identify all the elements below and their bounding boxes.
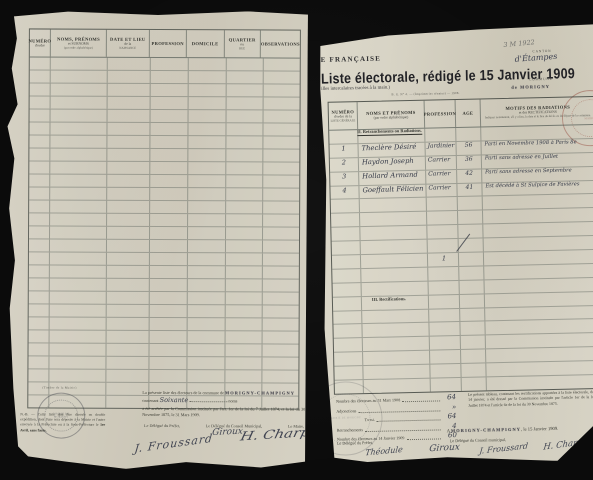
table-cell bbox=[107, 266, 150, 278]
table-row bbox=[29, 135, 299, 149]
table-cell bbox=[150, 214, 188, 226]
dotted-leader bbox=[189, 398, 227, 403]
table-cell bbox=[226, 227, 263, 239]
table-cell bbox=[49, 357, 106, 369]
table-cell bbox=[263, 305, 299, 317]
cell-profession bbox=[430, 364, 461, 378]
cell-nom bbox=[363, 365, 430, 379]
table-cell bbox=[263, 292, 299, 304]
table-cell bbox=[30, 70, 51, 82]
table-cell bbox=[50, 175, 107, 187]
cell-age bbox=[460, 280, 485, 293]
cell-profession: Carrier bbox=[426, 170, 457, 184]
cell-age bbox=[459, 266, 484, 279]
table-cell bbox=[226, 240, 263, 252]
cell-age: 41 bbox=[457, 183, 482, 196]
table-cell bbox=[188, 136, 226, 148]
cell-nom bbox=[360, 226, 427, 240]
cell-numero bbox=[332, 269, 361, 283]
cell-numero bbox=[331, 213, 360, 227]
table-cell bbox=[263, 149, 299, 161]
table-cell bbox=[263, 266, 299, 278]
table-row bbox=[29, 291, 299, 305]
table-row bbox=[30, 109, 300, 123]
table-cell bbox=[29, 174, 50, 186]
table-cell bbox=[226, 175, 263, 187]
table-row bbox=[30, 57, 300, 71]
cell-profession bbox=[429, 281, 460, 295]
cell-profession bbox=[430, 350, 461, 364]
column-label: DOMICILE bbox=[192, 41, 219, 46]
cell-age: 36 bbox=[457, 155, 482, 168]
table-cell bbox=[29, 317, 50, 329]
cell-motif bbox=[484, 264, 593, 279]
table-cell bbox=[150, 331, 188, 343]
cell-motif: Parti sans adresse en Septembre bbox=[482, 167, 593, 182]
column-label: OBSERVATIONS bbox=[261, 41, 300, 46]
profession-handwritten: Jardinier bbox=[425, 142, 455, 150]
canton-value-handwritten: d'Étampes bbox=[514, 52, 557, 64]
register-table-body bbox=[28, 57, 300, 408]
table-cell bbox=[226, 305, 263, 317]
table-cell bbox=[30, 57, 51, 69]
nom-handwritten: Haydon Joseph bbox=[359, 156, 425, 166]
column-header: PROFESSION bbox=[149, 30, 187, 57]
signature-delegue-conseil: Giroux bbox=[212, 427, 244, 439]
table-cell bbox=[29, 291, 50, 303]
table-cell bbox=[188, 175, 226, 187]
cell-profession: Jardinier bbox=[425, 142, 456, 156]
table-cell bbox=[50, 292, 107, 304]
cell-age bbox=[462, 377, 487, 390]
table-cell bbox=[50, 123, 107, 135]
table-cell bbox=[262, 370, 298, 382]
table-cell bbox=[262, 344, 298, 356]
table-cell bbox=[226, 253, 263, 265]
table-cell bbox=[50, 162, 107, 174]
table-cell bbox=[188, 188, 226, 200]
table-cell bbox=[263, 318, 299, 330]
scanned-archive-background: NUMÉROd'ordreNOMS, PRÉNOMSet SURNOMS(par… bbox=[0, 0, 593, 480]
table-row bbox=[30, 96, 300, 110]
table-cell bbox=[189, 58, 227, 70]
table-cell bbox=[29, 330, 50, 342]
cell-age bbox=[458, 197, 483, 210]
table-cell bbox=[263, 201, 299, 213]
table-cell bbox=[226, 331, 263, 343]
cell-motif: Parti en Novembre 1908 à Paris 8e bbox=[481, 139, 593, 154]
archival-pencil-note: 3 M 1922 bbox=[503, 38, 535, 49]
table-cell bbox=[226, 214, 263, 226]
table-row bbox=[29, 239, 299, 253]
table-cell bbox=[29, 200, 50, 212]
table-cell bbox=[225, 344, 262, 356]
cell-age bbox=[461, 350, 486, 363]
table-cell bbox=[264, 110, 300, 122]
table-cell bbox=[107, 162, 150, 174]
cell-motif: Parti sans adresse en Juillet bbox=[482, 153, 593, 168]
table-cell bbox=[50, 253, 107, 265]
table-cell bbox=[263, 279, 299, 291]
table-cell bbox=[226, 318, 263, 330]
table-cell bbox=[28, 356, 49, 368]
table-cell bbox=[29, 304, 50, 316]
table-cell bbox=[107, 175, 150, 187]
table-cell bbox=[107, 292, 150, 304]
column-sublabel-2: Indiquer notamment, s'il y a lieu, la da… bbox=[485, 113, 591, 119]
cert-noms: noms bbox=[228, 399, 237, 404]
register-table-header: NUMÉROd'ordreNOMS, PRÉNOMSet SURNOMS(par… bbox=[30, 29, 300, 58]
cell-profession bbox=[431, 378, 462, 392]
column-sublabel-2: NAISSANCE bbox=[119, 46, 136, 50]
table-cell bbox=[107, 331, 150, 343]
table-cell bbox=[29, 135, 50, 147]
left-register-page: NUMÉROd'ordreNOMS, PRÉNOMSet SURNOMS(par… bbox=[6, 8, 310, 472]
profession-handwritten: Carrier bbox=[426, 156, 456, 164]
table-cell bbox=[51, 84, 108, 96]
table-cell bbox=[263, 240, 299, 252]
republique-francaise-fragment: E FRANÇAISE bbox=[321, 55, 382, 64]
table-cell bbox=[50, 305, 107, 317]
nb-note-text: N.-B. — Cette liste doit être dressée en… bbox=[20, 412, 105, 427]
cell-nom: III. Rectifications. bbox=[362, 295, 429, 309]
numero-handwritten: 2 bbox=[330, 158, 358, 167]
table-cell bbox=[29, 213, 50, 225]
nom-handwritten: Hollard Armand bbox=[359, 170, 425, 180]
table-cell bbox=[29, 278, 50, 290]
table-cell bbox=[107, 318, 150, 330]
table-cell bbox=[108, 84, 151, 96]
table-cell bbox=[30, 83, 51, 95]
cell-age: 56 bbox=[456, 141, 481, 154]
cell-profession bbox=[425, 128, 456, 142]
cell-numero bbox=[334, 352, 363, 366]
table-cell bbox=[188, 162, 226, 174]
table-cell bbox=[149, 370, 187, 382]
table-cell bbox=[51, 97, 108, 109]
register-table: NUMÉROd'ordreNOMS, PRÉNOMSet SURNOMS(par… bbox=[27, 28, 301, 409]
cell-age bbox=[461, 364, 486, 377]
commune-label: COMMUNE bbox=[529, 77, 552, 82]
column-header: NOMS, PRÉNOMSet SURNOMS(par ordre alphab… bbox=[51, 30, 107, 57]
table-row bbox=[29, 148, 299, 162]
signature-2: Giroux bbox=[429, 442, 461, 454]
table-cell bbox=[29, 161, 50, 173]
table-cell bbox=[188, 292, 226, 304]
cell-numero bbox=[334, 366, 363, 380]
table-cell bbox=[264, 71, 300, 83]
cell-motif bbox=[485, 319, 593, 334]
cell-motif bbox=[487, 375, 593, 390]
cell-numero: 2 bbox=[330, 158, 359, 172]
table-cell bbox=[226, 266, 263, 278]
table-cell bbox=[263, 162, 299, 174]
table-row bbox=[29, 200, 299, 214]
dotted-leader bbox=[402, 397, 440, 402]
table-cell bbox=[189, 97, 227, 109]
table-row bbox=[29, 304, 299, 318]
cell-age bbox=[459, 252, 484, 265]
cell-numero bbox=[333, 311, 362, 325]
table-cell bbox=[188, 149, 226, 161]
table-cell bbox=[29, 148, 50, 160]
column-sublabel-2: RUE bbox=[239, 46, 245, 50]
cert-prefix: La présente liste des électeurs de la co… bbox=[142, 390, 224, 395]
numero-handwritten: 1 bbox=[330, 144, 358, 153]
dotted-leader bbox=[377, 417, 441, 422]
table-cell bbox=[149, 357, 187, 369]
cell-age bbox=[460, 308, 485, 321]
table-cell bbox=[150, 149, 188, 161]
table-cell bbox=[263, 214, 299, 226]
table-cell bbox=[50, 201, 107, 213]
elector-count-handwritten: Soixante bbox=[160, 396, 189, 404]
table-cell bbox=[263, 253, 299, 265]
column-label: PROFESSION bbox=[424, 111, 456, 117]
column-header: NOMS et PRÉNOMS(par ordre alphabétique) bbox=[358, 101, 426, 129]
table-cell bbox=[188, 214, 226, 226]
commune-value-stamp: de MORIGNY bbox=[511, 84, 550, 90]
table-cell bbox=[188, 123, 226, 135]
right-electoral-list-page: E FRANÇAISE Liste électorale, rédigé le … bbox=[318, 24, 593, 466]
cell-numero bbox=[331, 227, 360, 241]
cell-age bbox=[460, 294, 485, 307]
table-cell bbox=[188, 227, 226, 239]
table-cell bbox=[151, 84, 189, 96]
table-cell bbox=[150, 136, 188, 148]
table-cell bbox=[227, 97, 264, 109]
cell-numero: 3 bbox=[330, 172, 359, 186]
date-suffix: , le 15 Janvier 1909. bbox=[521, 426, 558, 432]
table-cell bbox=[107, 201, 150, 213]
table-cell bbox=[150, 175, 188, 187]
cell-profession bbox=[429, 295, 460, 309]
table-cell bbox=[150, 188, 188, 200]
table-cell bbox=[108, 71, 151, 83]
role-label: Le Maire, bbox=[583, 435, 593, 440]
table-cell bbox=[50, 331, 107, 343]
age-handwritten: 56 bbox=[456, 141, 480, 149]
table-cell bbox=[150, 305, 188, 317]
table-cell bbox=[107, 123, 150, 135]
table-cell bbox=[50, 318, 107, 330]
table-cell bbox=[188, 331, 226, 343]
table-cell bbox=[51, 71, 108, 83]
signature-1: Théodule bbox=[365, 445, 404, 458]
table-cell bbox=[226, 162, 263, 174]
cell-profession bbox=[429, 322, 460, 336]
table-cell bbox=[108, 58, 151, 70]
table-cell bbox=[107, 214, 150, 226]
column-label: PROFESSION bbox=[151, 41, 183, 46]
cell-profession bbox=[430, 336, 461, 350]
cell-nom: Goeffault Félicien bbox=[359, 184, 426, 198]
table-cell bbox=[151, 97, 189, 109]
stamp-caption: (Timbre de la Mairie) bbox=[42, 385, 76, 389]
cell-numero bbox=[333, 283, 362, 297]
table-cell bbox=[262, 357, 298, 369]
table-cell bbox=[188, 201, 226, 213]
numero-handwritten: 3 bbox=[330, 172, 358, 181]
subtitle-fragment: illes intercalaires tracées à la main.) bbox=[321, 85, 390, 91]
column-sublabel: d'ordre bbox=[35, 43, 45, 47]
column-header: AGE bbox=[456, 99, 482, 127]
column-header: PROFESSION bbox=[425, 100, 457, 128]
age-handwritten: 41 bbox=[457, 183, 481, 191]
table-cell bbox=[226, 279, 263, 291]
table-cell bbox=[150, 201, 188, 213]
cell-age bbox=[461, 336, 486, 349]
table-row bbox=[29, 174, 299, 188]
table-row bbox=[29, 278, 299, 292]
table-row bbox=[29, 265, 299, 279]
column-sublabel: (par ordre alphabétique) bbox=[374, 115, 409, 120]
table-cell bbox=[50, 240, 107, 252]
section-rectifications-label: III. Rectifications. bbox=[362, 295, 428, 301]
age-handwritten: 42 bbox=[457, 169, 481, 177]
table-cell bbox=[150, 162, 188, 174]
table-cell bbox=[264, 97, 300, 109]
cell-motif bbox=[486, 347, 593, 362]
nom-handwritten: Theclère Désiré bbox=[358, 142, 424, 152]
column-header: DOMICILE bbox=[187, 30, 225, 57]
cell-numero bbox=[329, 130, 358, 144]
table-cell bbox=[150, 266, 188, 278]
table-cell bbox=[226, 188, 263, 200]
column-header: QUARTIERouRUE bbox=[224, 30, 261, 57]
table-cell bbox=[107, 188, 150, 200]
table-cell bbox=[151, 58, 189, 70]
table-cell bbox=[188, 279, 226, 291]
table-cell bbox=[49, 370, 106, 382]
cell-numero bbox=[333, 325, 362, 339]
table-cell bbox=[107, 136, 150, 148]
table-cell bbox=[29, 187, 50, 199]
table-cell bbox=[108, 97, 151, 109]
table-cell bbox=[29, 226, 50, 238]
table-cell bbox=[226, 136, 263, 148]
table-cell bbox=[189, 84, 227, 96]
table-cell bbox=[189, 71, 227, 83]
table-cell bbox=[29, 122, 50, 134]
cell-nom: Theclère Désiré bbox=[358, 143, 425, 157]
nota-bene-note: N.-B. — Cette liste doit être dressée en… bbox=[20, 412, 105, 433]
table-row bbox=[29, 317, 299, 331]
cell-motif bbox=[484, 278, 593, 293]
printer-reference: B. G. N° 4. — (Imprimeries réunies) — 19… bbox=[391, 91, 459, 96]
cell-motif bbox=[483, 194, 593, 209]
table-cell bbox=[106, 344, 149, 356]
table-cell bbox=[107, 305, 150, 317]
table-cell bbox=[51, 58, 108, 70]
cell-profession bbox=[427, 197, 458, 211]
cell-motif bbox=[481, 125, 593, 140]
cell-profession bbox=[427, 225, 458, 239]
table-cell bbox=[188, 305, 226, 317]
cell-age bbox=[456, 127, 481, 140]
table-cell bbox=[28, 343, 49, 355]
commune-name-stamp: MORIGNY-CHAMPIGNY bbox=[225, 390, 295, 395]
table-cell bbox=[188, 266, 226, 278]
table-cell bbox=[264, 58, 300, 70]
table-cell bbox=[151, 110, 189, 122]
column-sublabel-2: (par ordre alphabétique) bbox=[64, 46, 93, 50]
table-cell bbox=[227, 84, 264, 96]
profession-handwritten: Carrier bbox=[426, 170, 456, 178]
signature-3: J. Froussard bbox=[479, 441, 529, 455]
role-label: Le Délégué du Préfet, bbox=[144, 423, 180, 428]
table-row bbox=[28, 343, 298, 357]
table-cell bbox=[50, 266, 107, 278]
table-row bbox=[30, 70, 300, 84]
table-cell bbox=[50, 214, 107, 226]
column-header: NUMÉROd'ordre bbox=[30, 29, 51, 56]
table-cell bbox=[150, 240, 188, 252]
table-cell bbox=[227, 110, 264, 122]
table-cell bbox=[30, 96, 51, 108]
cell-motif bbox=[484, 236, 593, 251]
table-row bbox=[29, 122, 299, 136]
cell-nom bbox=[362, 323, 429, 337]
cell-nom bbox=[362, 309, 429, 323]
cell-motif bbox=[485, 292, 593, 307]
place-stamp: MORIGNY-CHAMPIGNY bbox=[451, 427, 521, 434]
table-cell bbox=[150, 123, 188, 135]
section-retranchements-label: II. Retranchements ou Radiations. bbox=[357, 128, 422, 136]
numero-handwritten: 4 bbox=[330, 186, 358, 195]
cert-body: a été arrêtée par la Commission institué… bbox=[142, 406, 305, 417]
table-cell bbox=[150, 292, 188, 304]
table-cell bbox=[151, 71, 189, 83]
cell-profession bbox=[427, 211, 458, 225]
cell-motif bbox=[483, 208, 593, 223]
table-row bbox=[28, 369, 298, 383]
column-header: NUMÉROd'ordre de laLISTE GÉNÉRALE bbox=[329, 102, 359, 130]
cell-age bbox=[458, 211, 483, 224]
cell-profession bbox=[428, 267, 459, 281]
cell-nom bbox=[361, 268, 428, 282]
table-cell bbox=[107, 149, 150, 161]
table-row bbox=[29, 252, 299, 266]
table-row bbox=[28, 356, 298, 370]
table-cell bbox=[51, 110, 108, 122]
table-cell bbox=[29, 252, 50, 264]
table-row bbox=[30, 83, 300, 97]
table-row bbox=[29, 226, 299, 240]
table-cell bbox=[107, 279, 150, 291]
table-cell bbox=[107, 240, 150, 252]
table-cell bbox=[50, 227, 107, 239]
summary-value-handwritten: » bbox=[442, 403, 456, 411]
table-row bbox=[29, 187, 299, 201]
table-row bbox=[29, 330, 299, 344]
table-cell bbox=[106, 357, 149, 369]
cell-nom: Haydon Joseph bbox=[359, 156, 426, 170]
cell-numero bbox=[332, 255, 361, 269]
cell-numero: 4 bbox=[330, 186, 359, 200]
table-cell bbox=[225, 357, 262, 369]
cell-profession: Carrier bbox=[426, 184, 457, 198]
table-cell bbox=[227, 58, 264, 70]
table-cell bbox=[187, 344, 225, 356]
table-cell bbox=[226, 149, 263, 161]
table-cell bbox=[187, 370, 225, 382]
table-cell bbox=[150, 253, 188, 265]
table-cell bbox=[188, 318, 226, 330]
cell-numero bbox=[332, 241, 361, 255]
cell-motif bbox=[485, 306, 593, 321]
cell-motif: Est décédé à St Sulpice de Favières bbox=[482, 181, 593, 196]
